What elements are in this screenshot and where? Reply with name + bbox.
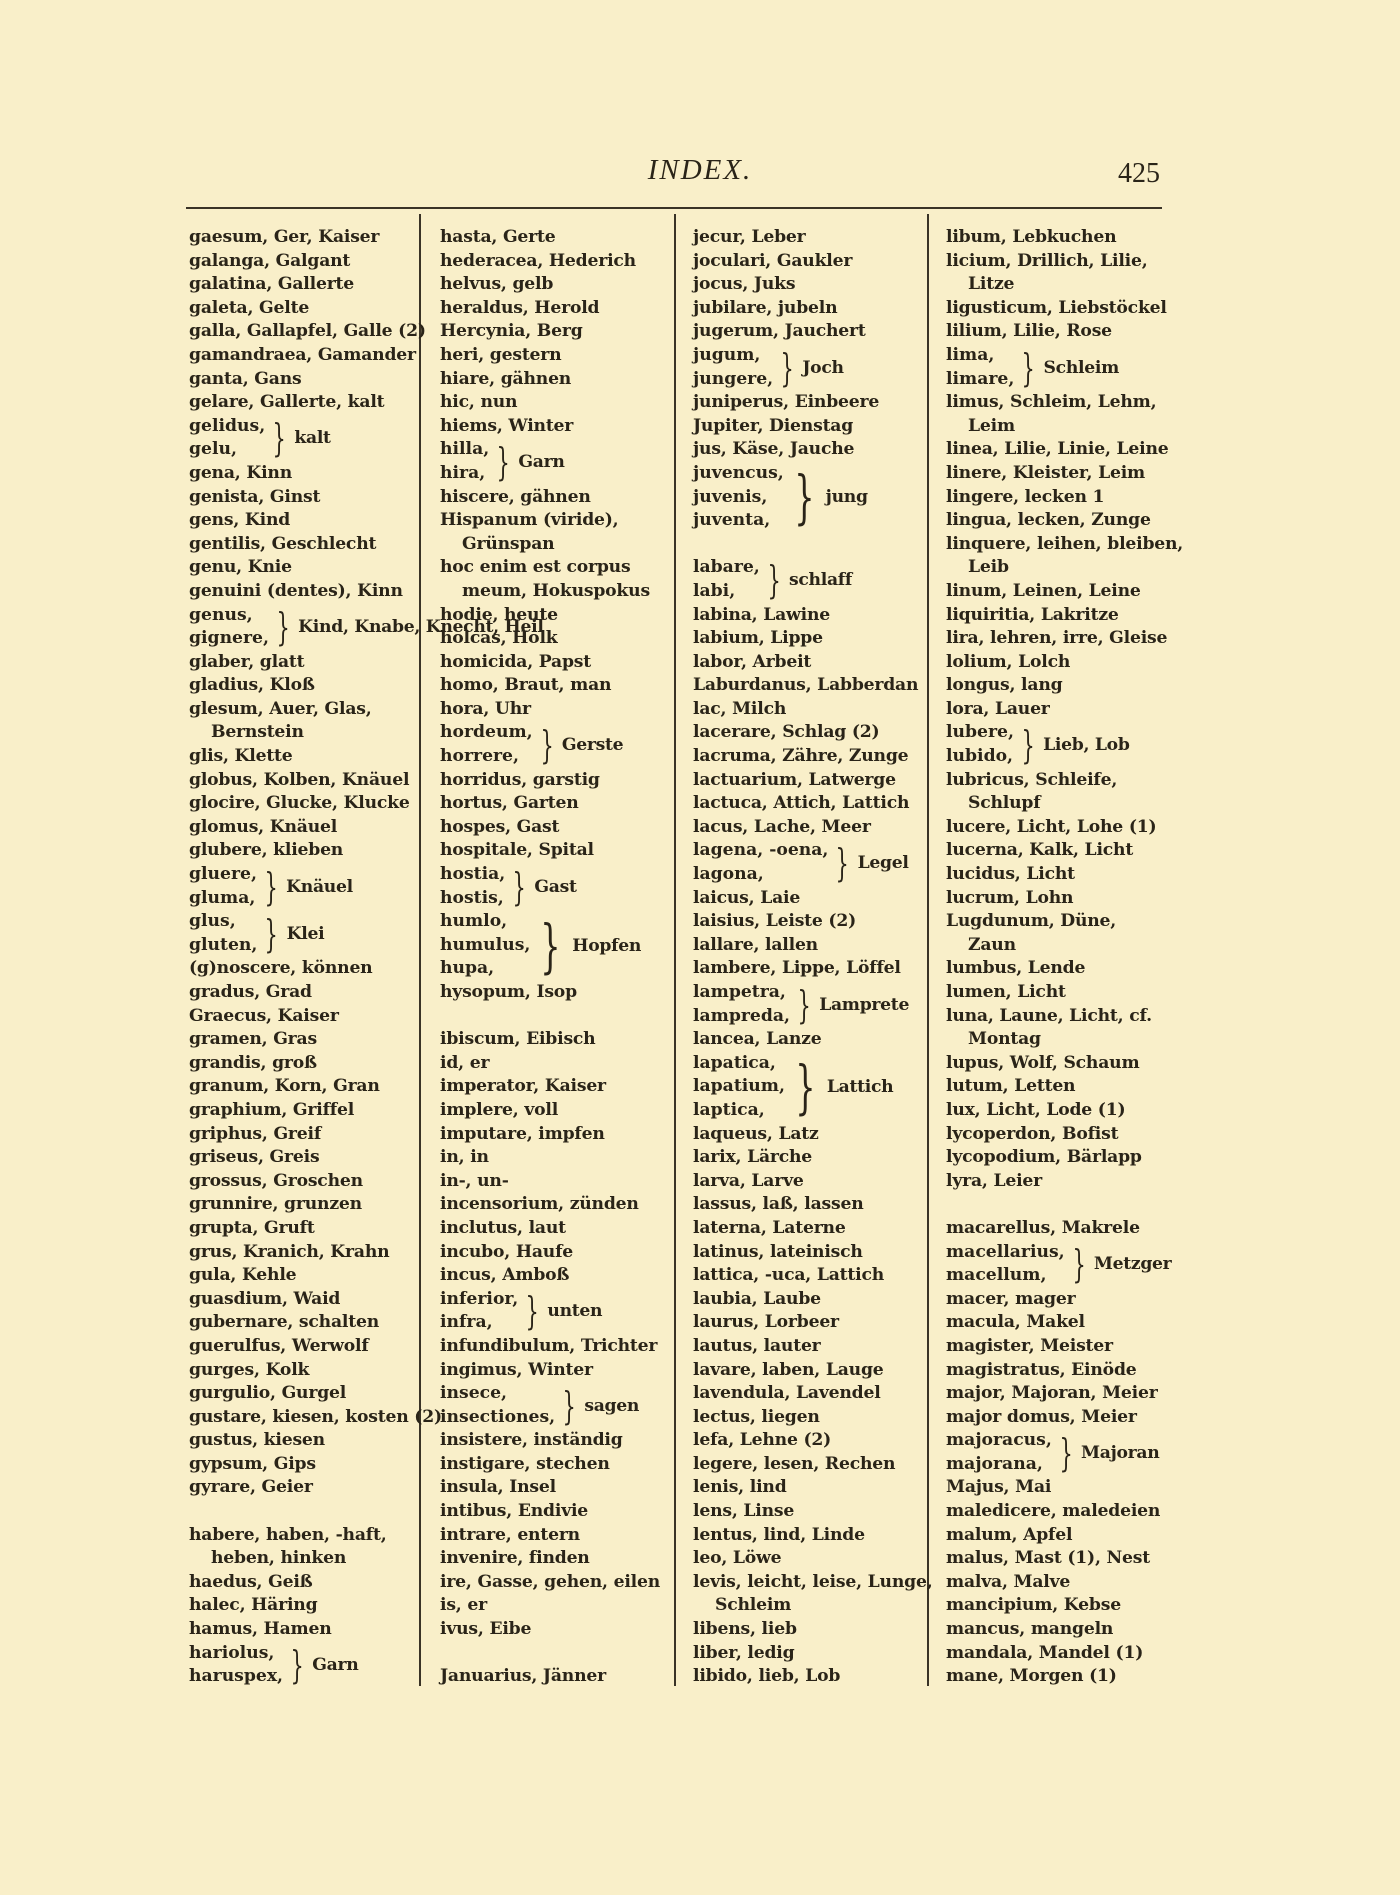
group-word: gelu,	[189, 438, 265, 462]
group-word: macellarius,	[946, 1241, 1065, 1265]
index-entry: heri, gestern	[440, 344, 660, 368]
index-entry: incensorium, zünden	[440, 1193, 660, 1217]
group-gloss: unten	[547, 1301, 602, 1321]
group-word: insectiones,	[440, 1406, 555, 1430]
group-word: hostia,	[440, 863, 505, 887]
index-entry-continuation: Grünspan	[440, 533, 660, 557]
index-entry: lucere, Licht, Lohe (1)	[946, 816, 1183, 840]
group-gloss: Gast	[534, 877, 576, 897]
right-brace-icon: }	[273, 419, 286, 457]
index-entry: labina, Lawine	[693, 604, 932, 628]
index-entry: lacus, Lache, Meer	[693, 816, 932, 840]
group-word: gelidus,	[189, 415, 265, 439]
index-entry: legere, lesen, Rechen	[693, 1453, 932, 1477]
index-entry: macula, Makel	[946, 1311, 1183, 1335]
index-entry: lyra, Leier	[946, 1170, 1183, 1194]
index-entry: lentus, lind, Linde	[693, 1524, 932, 1548]
group-word: gluma,	[189, 887, 257, 911]
index-entry-group: hostia,hostis,}Gast	[440, 863, 660, 910]
group-word: majoracus,	[946, 1429, 1052, 1453]
group-word: gluere,	[189, 863, 257, 887]
index-entry: horridus, garstig	[440, 769, 660, 793]
group-word: glus,	[189, 910, 257, 934]
index-entry-group: labare,labi,}schlaff	[693, 556, 932, 603]
index-entry: lavendula, Lavendel	[693, 1382, 932, 1406]
index-entry: helvus, gelb	[440, 273, 660, 297]
index-entry-group: insece,insectiones,}sagen	[440, 1382, 660, 1429]
index-entry-group: lubere,lubido,}Lieb, Lob	[946, 721, 1183, 768]
index-entry: lupus, Wolf, Schaum	[946, 1052, 1183, 1076]
index-entry: homo, Braut, man	[440, 674, 660, 698]
group-words: glus,gluten,	[189, 910, 257, 957]
index-entry: Hercynia, Berg	[440, 320, 660, 344]
right-brace-icon: }	[526, 1292, 539, 1330]
index-entry: lefa, Lehne (2)	[693, 1429, 932, 1453]
group-word: labare,	[693, 556, 760, 580]
index-entry-group: humlo,humulus,hupa,}Hopfen	[440, 910, 660, 981]
index-entry: in-, un-	[440, 1170, 660, 1194]
index-entry: lucrum, Lohn	[946, 887, 1183, 911]
index-entry: laterna, Laterne	[693, 1217, 932, 1241]
index-entry: lacerare, Schlag (2)	[693, 721, 932, 745]
group-gloss: kalt	[294, 428, 330, 448]
group-word: infra,	[440, 1311, 518, 1335]
index-entry: invenire, finden	[440, 1547, 660, 1571]
section-gap	[946, 1193, 1183, 1217]
group-word: labi,	[693, 580, 760, 604]
right-brace-icon: }	[795, 1058, 815, 1116]
group-words: gelidus,gelu,	[189, 415, 265, 462]
index-entry: incus, Amboß	[440, 1264, 660, 1288]
index-entry: labor, Arbeit	[693, 651, 932, 675]
section-gap	[440, 1005, 660, 1029]
index-entry: implere, voll	[440, 1099, 660, 1123]
index-entry: lolium, Lolch	[946, 651, 1183, 675]
index-entry-continuation: Leim	[946, 415, 1183, 439]
group-gloss: Lattich	[827, 1077, 894, 1097]
right-brace-icon: }	[540, 726, 553, 764]
index-entry: malva, Malve	[946, 1571, 1183, 1595]
right-brace-icon: }	[1022, 349, 1035, 387]
index-entry: imperator, Kaiser	[440, 1075, 660, 1099]
right-brace-icon: }	[836, 844, 849, 882]
index-entry: Lugdunum, Düne,	[946, 910, 1183, 934]
index-entry: leo, Löwe	[693, 1547, 932, 1571]
index-entry: Januarius, Jänner	[440, 1665, 660, 1689]
group-word: humulus,	[440, 934, 530, 958]
index-entry: jocus, Juks	[693, 273, 932, 297]
index-entry: laurus, Lorbeer	[693, 1311, 932, 1335]
group-word: hordeum,	[440, 721, 533, 745]
index-entry: hoc enim est corpus	[440, 556, 660, 580]
index-entry-group: lampetra,lampreda,}Lamprete	[693, 981, 932, 1028]
right-brace-icon: }	[794, 468, 814, 526]
index-entry: libens, lieb	[693, 1618, 932, 1642]
index-entry: mancipium, Kebse	[946, 1594, 1183, 1618]
index-entry: homicida, Papst	[440, 651, 660, 675]
column-divider	[674, 214, 676, 1686]
index-entry: imputare, impfen	[440, 1123, 660, 1147]
right-brace-icon: }	[265, 915, 278, 953]
index-entry: lumen, Licht	[946, 981, 1183, 1005]
index-entry: joculari, Gaukler	[693, 250, 932, 274]
index-entry-group: jugum,jungere,}Joch	[693, 344, 932, 391]
group-gloss: Garn	[312, 1655, 358, 1675]
index-entry: laicus, Laie	[693, 887, 932, 911]
index-entry: ivus, Eibe	[440, 1618, 660, 1642]
group-words: lima,limare,	[946, 344, 1014, 391]
right-brace-icon: }	[497, 443, 510, 481]
group-words: macellarius,macellum,	[946, 1241, 1065, 1288]
index-entry: lac, Milch	[693, 698, 932, 722]
group-word: lubere,	[946, 721, 1014, 745]
right-brace-icon: }	[1059, 1434, 1072, 1472]
index-entry: hiems, Winter	[440, 415, 660, 439]
group-words: lubere,lubido,	[946, 721, 1014, 768]
group-word: lima,	[946, 344, 1014, 368]
index-entry: magistratus, Einöde	[946, 1359, 1183, 1383]
index-entry: juniperus, Einbeere	[693, 391, 932, 415]
index-entry-continuation: Schleim	[693, 1594, 932, 1618]
group-gloss: sagen	[584, 1396, 639, 1416]
index-entry: hiare, gähnen	[440, 368, 660, 392]
group-words: lampetra,lampreda,	[693, 981, 790, 1028]
group-word: gignere,	[189, 627, 269, 651]
group-words: hordeum,horrere,	[440, 721, 533, 768]
index-entry-continuation: Leib	[946, 556, 1183, 580]
index-entry: lucerna, Kalk, Licht	[946, 839, 1183, 863]
index-entry: lavare, laben, Lauge	[693, 1359, 932, 1383]
group-word: lapatium,	[693, 1075, 785, 1099]
group-word: jungere,	[693, 368, 773, 392]
index-entry: latinus, lateinisch	[693, 1241, 932, 1265]
index-entry: ibiscum, Eibisch	[440, 1028, 660, 1052]
index-entry: hospitale, Spital	[440, 839, 660, 863]
page-number: 425	[1118, 158, 1160, 190]
group-word: gluten,	[189, 934, 257, 958]
group-word: hupa,	[440, 957, 530, 981]
index-entry: libido, lieb, Lob	[693, 1665, 932, 1689]
index-entry: lucidus, Licht	[946, 863, 1183, 887]
group-word: lampetra,	[693, 981, 790, 1005]
group-gloss: Legel	[858, 853, 909, 873]
group-word: inferior,	[440, 1288, 518, 1312]
right-brace-icon: }	[541, 917, 561, 975]
index-entry: laubia, Laube	[693, 1288, 932, 1312]
index-entry: lancea, Lanze	[693, 1028, 932, 1052]
right-brace-icon: }	[513, 868, 526, 906]
index-entry: major domus, Meier	[946, 1406, 1183, 1430]
index-entry: linere, Kleister, Leim	[946, 462, 1183, 486]
index-entry: lycoperdon, Bofist	[946, 1123, 1183, 1147]
index-entry: liber, ledig	[693, 1642, 932, 1666]
group-word: lampreda,	[693, 1005, 790, 1029]
index-entry: hospes, Gast	[440, 816, 660, 840]
index-entry: lenis, lind	[693, 1476, 932, 1500]
group-gloss: Schleim	[1044, 358, 1119, 378]
index-entry: macarellus, Makrele	[946, 1217, 1183, 1241]
group-words: jugum,jungere,	[693, 344, 773, 391]
index-entry: in, in	[440, 1146, 660, 1170]
index-entry: jubilare, jubeln	[693, 297, 932, 321]
group-word: hilla,	[440, 438, 489, 462]
index-entry: mandala, Mandel (1)	[946, 1642, 1183, 1666]
index-entry: licium, Drillich, Lilie,	[946, 250, 1183, 274]
index-entry: jus, Käse, Jauche	[693, 438, 932, 462]
index-entry: holcas, Holk	[440, 627, 660, 651]
index-entry: incubo, Haufe	[440, 1241, 660, 1265]
index-entry: jecur, Leber	[693, 226, 932, 250]
index-entry: mancus, mangeln	[946, 1618, 1183, 1642]
index-entry: limus, Schleim, Lehm,	[946, 391, 1183, 415]
group-word: humlo,	[440, 910, 530, 934]
index-entry: lycopodium, Bärlapp	[946, 1146, 1183, 1170]
group-words: hostia,hostis,	[440, 863, 505, 910]
index-entry: lora, Lauer	[946, 698, 1183, 722]
index-entry: lubricus, Schleife,	[946, 769, 1183, 793]
index-entry: hic, nun	[440, 391, 660, 415]
index-entry: jugerum, Jauchert	[693, 320, 932, 344]
group-word: lagena, -oena,	[693, 839, 828, 863]
group-words: insece,insectiones,	[440, 1382, 555, 1429]
index-entry: major, Majoran, Meier	[946, 1382, 1183, 1406]
group-gloss: Gerste	[562, 735, 623, 755]
section-gap	[693, 533, 932, 557]
index-entry-group: hordeum,horrere,}Gerste	[440, 721, 660, 768]
index-entry: lallare, lallen	[693, 934, 932, 958]
group-word: hariolus,	[189, 1642, 283, 1666]
index-entry-continuation: Litze	[946, 273, 1183, 297]
group-word: genus,	[189, 604, 269, 628]
group-words: genus,gignere,	[189, 604, 269, 651]
group-gloss: Lieb, Lob	[1043, 735, 1129, 755]
index-entry: liquiritia, Lakritze	[946, 604, 1183, 628]
right-brace-icon: }	[1021, 726, 1034, 764]
group-word: lagona,	[693, 863, 828, 887]
index-entry: hysopum, Isop	[440, 981, 660, 1005]
right-brace-icon: }	[264, 868, 277, 906]
index-entry: laqueus, Latz	[693, 1123, 932, 1147]
group-gloss: Garn	[518, 452, 564, 472]
index-entry-continuation: Zaun	[946, 934, 1183, 958]
index-entry: ligusticum, Liebstöckel	[946, 297, 1183, 321]
index-entry: linum, Leinen, Leine	[946, 580, 1183, 604]
index-entry: insula, Insel	[440, 1476, 660, 1500]
group-words: gluere,gluma,	[189, 863, 257, 910]
index-entry: id, er	[440, 1052, 660, 1076]
index-entry: infundibulum, Trichter	[440, 1335, 660, 1359]
index-entry: larix, Lärche	[693, 1146, 932, 1170]
index-entry: hora, Uhr	[440, 698, 660, 722]
group-gloss: Majoran	[1081, 1443, 1159, 1463]
index-entry: lutum, Letten	[946, 1075, 1183, 1099]
index-entry-continuation: Schlupf	[946, 792, 1183, 816]
index-entry: ire, Gasse, gehen, eilen	[440, 1571, 660, 1595]
index-entry: lectus, liegen	[693, 1406, 932, 1430]
index-entry: libum, Lebkuchen	[946, 226, 1183, 250]
index-entry: intrare, entern	[440, 1524, 660, 1548]
index-entry: macer, mager	[946, 1288, 1183, 1312]
group-word: insece,	[440, 1382, 555, 1406]
index-entry: lambere, Lippe, Löffel	[693, 957, 932, 981]
group-gloss: Lamprete	[819, 995, 909, 1015]
group-words: lagena, -oena,lagona,	[693, 839, 828, 886]
group-word: lapatica,	[693, 1052, 785, 1076]
group-word: laptica,	[693, 1099, 785, 1123]
header-rule	[186, 207, 1162, 209]
group-word: limare,	[946, 368, 1014, 392]
index-entry: lux, Licht, Lode (1)	[946, 1099, 1183, 1123]
index-entry: intibus, Endivie	[440, 1500, 660, 1524]
right-brace-icon: }	[290, 1646, 303, 1684]
group-gloss: Knäuel	[286, 877, 353, 897]
index-entry: hiscere, gähnen	[440, 486, 660, 510]
index-entry: instigare, stechen	[440, 1453, 660, 1477]
index-entry: lens, Linse	[693, 1500, 932, 1524]
group-words: hilla,hira,	[440, 438, 489, 485]
index-entry: longus, lang	[946, 674, 1183, 698]
index-entry: larva, Larve	[693, 1170, 932, 1194]
index-entry: lumbus, Lende	[946, 957, 1183, 981]
index-entry: malum, Apfel	[946, 1524, 1183, 1548]
index-entry-group: inferior,infra,}unten	[440, 1288, 660, 1335]
group-word: hostis,	[440, 887, 505, 911]
index-entry-group: lapatica,lapatium,laptica,}Lattich	[693, 1052, 932, 1123]
group-gloss: schlaff	[789, 570, 852, 590]
index-entry: mane, Morgen (1)	[946, 1665, 1183, 1689]
index-entry-group: juvencus,juvenis,juventa,}jung	[693, 462, 932, 533]
index-entry: is, er	[440, 1594, 660, 1618]
index-entry: lactuca, Attich, Lattich	[693, 792, 932, 816]
index-entry: lacruma, Zähre, Zunge	[693, 745, 932, 769]
index-entry: hasta, Gerte	[440, 226, 660, 250]
group-words: majoracus,majorana,	[946, 1429, 1052, 1476]
index-column-2: hasta, Gertehederacea, Hederichhelvus, g…	[440, 226, 660, 1689]
right-brace-icon: }	[781, 349, 794, 387]
group-word: hira,	[440, 462, 489, 486]
group-word: lubido,	[946, 745, 1014, 769]
index-entry-group: macellarius,macellum,}Metzger	[946, 1241, 1183, 1288]
index-entry: laisius, Leiste (2)	[693, 910, 932, 934]
group-word: juvenis,	[693, 486, 784, 510]
index-entry-group: hilla,hira,}Garn	[440, 438, 660, 485]
index-entry-group: majoracus,majorana,}Majoran	[946, 1429, 1183, 1476]
index-entry: magister, Meister	[946, 1335, 1183, 1359]
group-word: horrere,	[440, 745, 533, 769]
index-entry: Jupiter, Dienstag	[693, 415, 932, 439]
index-entry: lira, lehren, irre, Gleise	[946, 627, 1183, 651]
section-gap	[440, 1642, 660, 1666]
index-entry: linea, Lilie, Linie, Leine	[946, 438, 1183, 462]
group-gloss: Hopfen	[572, 936, 641, 956]
index-entry: malus, Mast (1), Nest	[946, 1547, 1183, 1571]
group-words: hariolus,haruspex,	[189, 1642, 283, 1689]
page-title: INDEX.	[0, 154, 1400, 187]
index-entry: hederacea, Hederich	[440, 250, 660, 274]
group-word: juventa,	[693, 509, 784, 533]
group-word: macellum,	[946, 1264, 1065, 1288]
index-entry-continuation: Montag	[946, 1028, 1183, 1052]
group-words: lapatica,lapatium,laptica,	[693, 1052, 785, 1123]
index-entry-group: lima,limare,}Schleim	[946, 344, 1183, 391]
index-entry: levis, leicht, leise, Lunge,	[693, 1571, 932, 1595]
group-word: majorana,	[946, 1453, 1052, 1477]
group-word: juvencus,	[693, 462, 784, 486]
index-entry: hortus, Garten	[440, 792, 660, 816]
right-brace-icon: }	[276, 608, 289, 646]
index-entry: lilium, Lilie, Rose	[946, 320, 1183, 344]
index-entry-group: lagena, -oena,lagona,}Legel	[693, 839, 932, 886]
group-words: juvencus,juvenis,juventa,	[693, 462, 784, 533]
group-gloss: Klei	[287, 924, 325, 944]
index-entry: linquere, leihen, bleiben,	[946, 533, 1183, 557]
index-entry: Laburdanus, Labberdan	[693, 674, 932, 698]
group-words: inferior,infra,	[440, 1288, 518, 1335]
index-entry: maledicere, maledeien	[946, 1500, 1183, 1524]
index-entry: Majus, Mai	[946, 1476, 1183, 1500]
index-column-4: libum, Lebkuchenlicium, Drillich, Lilie,…	[946, 226, 1183, 1689]
group-gloss: Joch	[802, 358, 843, 378]
group-gloss: jung	[826, 487, 868, 507]
right-brace-icon: }	[1072, 1245, 1085, 1283]
index-entry: ingimus, Winter	[440, 1359, 660, 1383]
index-entry: labium, Lippe	[693, 627, 932, 651]
group-gloss: Metzger	[1094, 1254, 1172, 1274]
index-column-3: jecur, Leberjoculari, Gauklerjocus, Juks…	[693, 226, 932, 1689]
right-brace-icon: }	[797, 986, 810, 1024]
right-brace-icon: }	[767, 561, 780, 599]
right-brace-icon: }	[563, 1387, 576, 1425]
index-entry: lactuarium, Latwerge	[693, 769, 932, 793]
index-entry: lingua, lecken, Zunge	[946, 509, 1183, 533]
index-entry: lattica, -uca, Lattich	[693, 1264, 932, 1288]
group-word: haruspex,	[189, 1665, 283, 1689]
index-entry-continuation: meum, Hokuspokus	[440, 580, 660, 604]
group-word: jugum,	[693, 344, 773, 368]
index-entry: inclutus, laut	[440, 1217, 660, 1241]
index-entry: insistere, inständig	[440, 1429, 660, 1453]
group-words: humlo,humulus,hupa,	[440, 910, 530, 981]
group-words: labare,labi,	[693, 556, 760, 603]
index-entry: hodie, heute	[440, 604, 660, 628]
index-entry: lautus, lauter	[693, 1335, 932, 1359]
index-entry: Hispanum (viride),	[440, 509, 660, 533]
index-entry: lingere, lecken 1	[946, 486, 1183, 510]
index-entry: luna, Laune, Licht, cf.	[946, 1005, 1183, 1029]
index-entry: lassus, laß, lassen	[693, 1193, 932, 1217]
index-entry: heraldus, Herold	[440, 297, 660, 321]
